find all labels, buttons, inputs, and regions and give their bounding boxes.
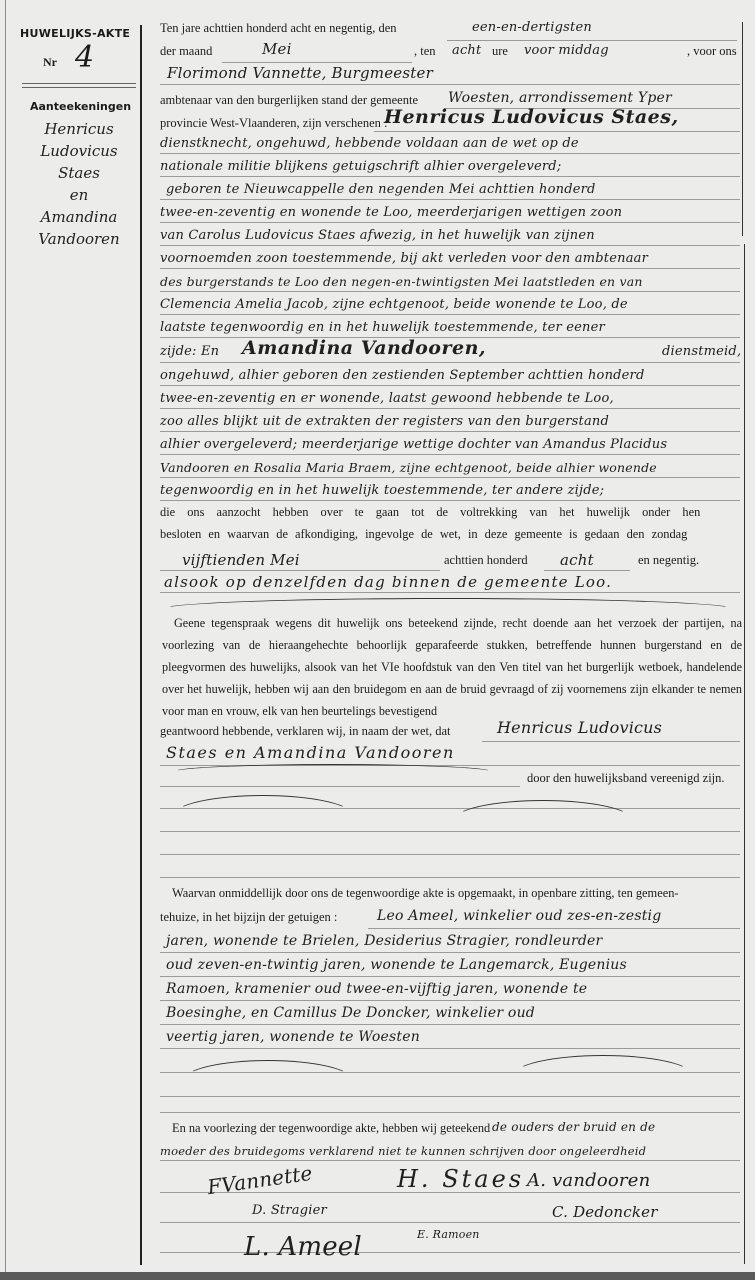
record-number: 4: [75, 40, 94, 75]
fill-line: [160, 153, 740, 154]
flourish-stroke: [172, 795, 354, 837]
page-edge: [5, 0, 6, 1280]
handwritten-time: voor middag: [524, 43, 609, 58]
fill-line: [160, 500, 740, 501]
printed-text: , voor ons: [687, 44, 737, 59]
handwritten-line: des burgerstands te Loo den negen-en-twi…: [160, 274, 643, 289]
bride-name: Amandina Vandooren,: [242, 337, 486, 359]
signature-groom: H. Staes: [397, 1165, 524, 1193]
handwritten-line: dienstknecht, ongehuwd, hebbende voldaan…: [160, 136, 579, 151]
margin-note-line: Henricus: [20, 118, 138, 140]
fill-line: [368, 928, 740, 929]
fill-line: [160, 786, 520, 787]
notes-heading: Aanteekeningen: [30, 100, 131, 113]
fill-line: [160, 1000, 740, 1001]
handwritten-line: jaren, wonende te Brielen, Desiderius St…: [166, 933, 602, 949]
number-label: Nr: [43, 55, 57, 70]
document-page: HUWELIJKS-AKTE Nr 4 Aanteekeningen Henri…: [0, 0, 755, 1280]
handwritten-line: geboren te Nieuwcappelle den negenden Me…: [166, 182, 596, 197]
handwritten-municipality: Woesten, arrondissement Yper: [448, 90, 672, 106]
fill-line: [160, 176, 740, 177]
printed-text: en negentig.: [638, 553, 699, 568]
handwritten-line: oud zeven-en-twintig jaren, wonende te L…: [166, 957, 627, 973]
printed-text: provincie West-Vlaanderen, zijn verschen…: [160, 116, 388, 131]
fill-line: [160, 362, 740, 363]
signature-witness: D. Stragier: [252, 1203, 327, 1218]
handwritten-line: van Carolus Ludovicus Staes afwezig, in …: [160, 228, 595, 243]
signature-witness: E. Ramoen: [417, 1228, 480, 1241]
printed-text: , ten: [414, 44, 436, 59]
handwritten-names: Henricus Ludovicus: [497, 718, 662, 737]
handwritten-year: acht: [560, 551, 594, 569]
handwritten-line: tegenwoordig en in het huwelijk toestemm…: [160, 483, 604, 498]
handwritten-line: nationale militie blijkens getuigschrift…: [160, 159, 561, 174]
fill-line: [160, 952, 740, 953]
printed-text: tehuize, in het bijzijn der getuigen :: [160, 910, 337, 925]
fill-line: [222, 62, 412, 63]
fill-line: [160, 84, 740, 85]
fill-line: [374, 131, 740, 132]
fill-line: [160, 592, 740, 593]
handwritten-publication-date: vijftienden Mei: [182, 551, 300, 569]
handwritten-line: Vandooren en Rosalia Maria Braem, zijne …: [160, 460, 657, 475]
handwritten-text: zijde: En: [160, 344, 219, 359]
right-divider: [744, 244, 745, 1264]
page-bottom-edge: [0, 1272, 755, 1280]
fill-line: [160, 1024, 740, 1025]
signature-witness: L. Ameel: [244, 1232, 362, 1262]
flourish-stroke: [452, 800, 634, 842]
printed-text: die ons aanzocht hebben over te gaan tot…: [160, 505, 700, 520]
handwritten-line: twee-en-zeventig en wonende te Loo, meer…: [160, 205, 622, 220]
signature-mayor: FVannette: [206, 1161, 314, 1199]
divider: [22, 87, 136, 88]
handwritten-remark: moeder des bruidegoms verklarend niet te…: [160, 1144, 646, 1158]
fill-line: [160, 314, 740, 315]
handwritten-line: alhier overgeleverd; meerderjarige wetti…: [160, 437, 667, 452]
fill-line: [160, 570, 440, 571]
fill-line: [160, 268, 740, 269]
printed-text: door den huwelijksband vereenigd zijn.: [527, 771, 725, 786]
printed-text: der maand: [160, 44, 212, 59]
handwritten-text: dienstmeid,: [662, 344, 741, 359]
fill-line: [160, 291, 740, 292]
margin-divider: [140, 25, 142, 1265]
handwritten-line: twee-en-zeventig en er wonende, laatst g…: [160, 391, 614, 406]
fill-line: [160, 1160, 740, 1161]
fill-line: [160, 854, 740, 855]
fill-line: [160, 1112, 740, 1113]
printed-text: ambtenaar van den burgerlijken stand der…: [160, 93, 418, 108]
printed-text: ure: [492, 44, 508, 59]
margin-note-line: Staes: [20, 162, 138, 184]
handwritten-witness: Leo Ameel, winkelier oud zes-en-zestig: [377, 908, 661, 924]
handwritten-remark: de ouders der bruid en de: [492, 1120, 655, 1134]
right-divider: [742, 22, 743, 236]
fill-line: [160, 222, 740, 223]
printed-text: besloten en waarvan de afkondiging, inge…: [160, 527, 687, 542]
margin-note-line: Vandooren: [20, 228, 138, 250]
handwritten-line: ongehuwd, alhier geboren den zestienden …: [160, 368, 645, 383]
margin-note-line: Amandina: [20, 206, 138, 228]
fill-line: [160, 454, 740, 455]
handwritten-names: Staes en Amandina Vandooren: [166, 743, 455, 762]
handwritten-line: Clemencia Amelia Jacob, zijne echtgenoot…: [160, 297, 628, 312]
handwritten-line: zoo alles blijkt uit de extrakten der re…: [160, 414, 609, 429]
fill-line: [160, 199, 740, 200]
margin-notes: Henricus Ludovicus Staes en Amandina Van…: [20, 118, 138, 250]
printed-text: achttien honderd: [444, 553, 528, 568]
fill-line: [447, 40, 737, 41]
handwritten-day: een-en-dertigsten: [472, 20, 592, 35]
handwritten-line: laatste tegenwoordig en in het huwelijk …: [160, 320, 605, 335]
divider: [22, 83, 136, 84]
fill-line: [160, 976, 740, 977]
handwritten-official: Florimond Vannette, Burgmeester: [167, 64, 433, 82]
flourish-stroke: [182, 1060, 354, 1102]
printed-text: Waarvan onmiddellijk door ons de tegenwo…: [172, 886, 679, 901]
groom-name: Henricus Ludovicus Staes,: [384, 106, 679, 128]
fill-line: [160, 1222, 740, 1223]
fill-line: [160, 877, 740, 878]
handwritten-hour: acht: [452, 43, 481, 58]
handwritten-line: voornoemden zoon toestemmende, bij akt v…: [160, 251, 648, 266]
signature-witness: C. Dedoncker: [552, 1203, 658, 1221]
margin-note-line: en: [20, 184, 138, 206]
handwritten-line: Ramoen, kramenier oud twee-en-vijftig ja…: [166, 981, 587, 997]
flourish-stroke: [172, 764, 494, 780]
fill-line: [160, 477, 740, 478]
flourish-stroke: [512, 1055, 694, 1097]
handwritten-line: Boesinghe, en Camillus De Doncker, winke…: [166, 1005, 535, 1021]
fill-line: [160, 385, 740, 386]
printed-text: Ten jare achttien honderd acht en negent…: [160, 21, 397, 36]
margin-note-line: Ludovicus: [20, 140, 138, 162]
handwritten-line: alsook op denzelfden dag binnen de gemee…: [164, 573, 612, 591]
declaration-paragraph: Geene tegenspraak wegens dit huwelijk on…: [162, 612, 742, 722]
document-type-title: HUWELIJKS-AKTE: [20, 27, 130, 40]
fill-line: [482, 741, 740, 742]
fill-line: [160, 431, 740, 432]
handwritten-month: Mei: [262, 40, 292, 58]
fill-line: [160, 1048, 740, 1049]
fill-line: [544, 570, 630, 571]
handwritten-line: veertig jaren, wonende te Woesten: [166, 1029, 420, 1045]
printed-text: geantwoord hebbende, verklaren wij, in n…: [160, 724, 451, 739]
signature-bride: A. vandooren: [527, 1170, 650, 1191]
fill-line: [160, 408, 740, 409]
fill-line: [160, 245, 740, 246]
printed-text: En na voorlezing der tegenwoordige akte,…: [172, 1121, 490, 1136]
